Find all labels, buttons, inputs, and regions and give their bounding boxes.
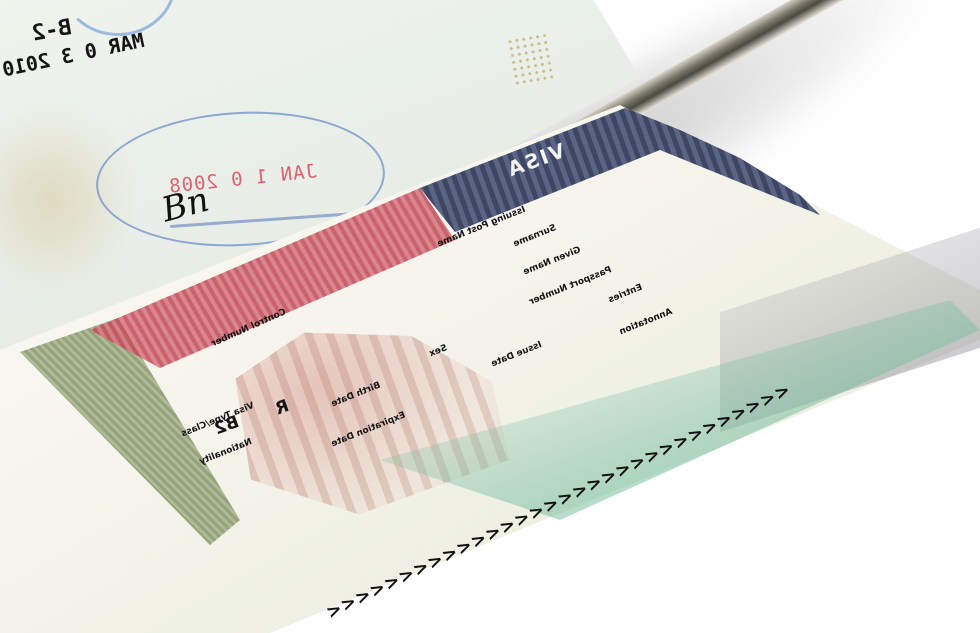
gold-dot-pattern xyxy=(506,32,554,88)
passport-photo: B-2 MAR 0 3 2010 JAN 1 0 2008 Bn VISA Co… xyxy=(0,0,980,633)
